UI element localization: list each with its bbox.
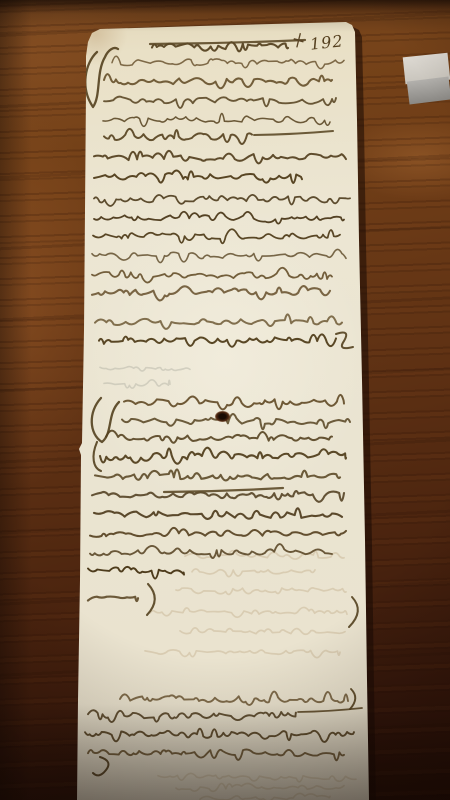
show-through-line — [100, 367, 190, 371]
ink-line — [112, 56, 344, 68]
ink-flourish — [349, 597, 358, 627]
ink-line — [104, 97, 336, 108]
ink-line — [152, 42, 288, 51]
ink-dash — [254, 131, 333, 135]
show-through-line — [176, 783, 344, 791]
folio-number: 192 — [309, 31, 344, 53]
ink-dash — [164, 488, 283, 492]
show-through-line — [180, 628, 345, 634]
ink-line — [124, 395, 344, 409]
ink-line — [122, 414, 350, 429]
ink-line — [88, 710, 296, 722]
ink-line — [90, 528, 346, 537]
show-through-line — [176, 588, 346, 595]
show-through-line — [192, 569, 315, 577]
ink-flourish — [147, 584, 155, 615]
ink-line — [90, 544, 332, 558]
ink-dash — [298, 708, 362, 712]
ink-line — [94, 508, 342, 519]
ink-line — [99, 334, 336, 346]
ink-line — [88, 750, 344, 761]
ink-line — [104, 74, 332, 88]
ink-blot — [215, 411, 230, 422]
ink-line — [92, 268, 332, 283]
ink-flourish — [92, 398, 119, 442]
ink-line — [120, 692, 348, 705]
show-through-line — [145, 650, 340, 658]
book-page-edges — [407, 0, 450, 60]
book-grey-board — [407, 77, 450, 105]
ink-line — [85, 729, 354, 742]
ink-flourish — [336, 333, 353, 349]
ink-flourish — [94, 442, 101, 471]
ink-flourish — [93, 757, 108, 775]
ink-line — [88, 567, 184, 579]
ink-line — [92, 491, 344, 502]
ink-line — [94, 212, 344, 224]
ink-flourish — [85, 48, 118, 107]
table-top-shadow — [0, 0, 450, 14]
ink-line — [92, 286, 330, 300]
ink-line — [95, 314, 342, 328]
show-through-line — [104, 380, 170, 388]
ink-flourish — [350, 689, 355, 709]
ink-line — [93, 229, 340, 243]
ink-line — [95, 470, 340, 481]
ink-line — [94, 195, 350, 206]
ink-dash — [150, 40, 305, 44]
ink-line — [94, 170, 302, 183]
show-through-line — [150, 607, 347, 617]
photo-frame: + 192 — [0, 0, 450, 800]
ink-line — [106, 431, 332, 443]
ink-line — [103, 114, 330, 127]
show-through-line — [158, 773, 356, 781]
ink-line — [104, 129, 252, 144]
ink-line — [100, 448, 346, 464]
show-through-line — [200, 793, 330, 800]
ink-line — [88, 597, 138, 601]
ink-line — [94, 151, 346, 164]
heading-cross-mark: + — [289, 26, 309, 56]
book-stack — [402, 0, 450, 110]
ink-line — [92, 249, 346, 262]
show-through-line — [185, 551, 344, 559]
